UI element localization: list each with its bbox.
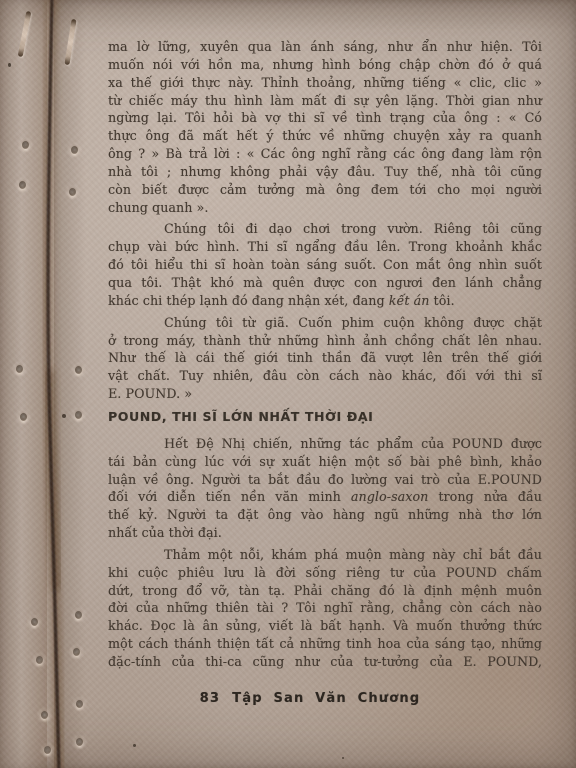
- stitch-hole: [71, 146, 78, 154]
- text-line: ngừng lại. Tôi hỏi bà vợ thi sĩ về tình …: [108, 109, 542, 127]
- stitch-hole: [22, 141, 29, 149]
- text-line: thế kỷ. Người ta đặt ông vào hàng ngũ nh…: [108, 506, 542, 524]
- text-line: chung quanh ».: [108, 199, 542, 217]
- text-line: qua tôi. Thật khó mà quên được con ngươi…: [108, 274, 542, 292]
- section-heading: POUND, THI SĨ LỚN NHẤT THỜI ĐẠI: [108, 408, 542, 426]
- text-line: thực ông đã mất hết ý thức về những chuy…: [108, 127, 542, 145]
- stitch-hole: [75, 611, 82, 619]
- stitch-hole: [36, 656, 43, 664]
- text-line: ông ? » Bà trả lời : « Các ông nghĩ rằng…: [108, 145, 542, 163]
- paper-speck: [342, 757, 344, 759]
- text-line: đời của những thiên tài ? Tôi nghĩ rằng,…: [108, 599, 542, 617]
- text-line: đặc-tính của thi-ca cũng như của tư-tưởn…: [108, 653, 542, 671]
- page-text: ma lờ lững, xuyên qua làn ánh sáng, như …: [108, 38, 542, 671]
- text-line: Như thế là cái thế giới tinh thần đã vượ…: [108, 349, 542, 367]
- text-line: một cách thánh thiện tất cả những tinh h…: [108, 635, 542, 653]
- journal-title: Tập San Văn Chương: [232, 691, 420, 706]
- text-line: muốn nói với hồn ma, nhưng hình bóng chậ…: [108, 56, 542, 74]
- page-footer: 83Tập San Văn Chương: [95, 691, 525, 706]
- text-line: chụp vài bức hình. Thi sĩ ngẩng đầu lên.…: [108, 238, 542, 256]
- text-line: dứt, trong đổ vỡ, tàn tạ. Phải chăng đó …: [108, 582, 542, 600]
- page-number: 83: [200, 691, 221, 706]
- paragraph: Chúng tôi đi dạo chơi trong vườn. Riêng …: [108, 220, 542, 309]
- text-line: khác. Đọc là ân sủng, viết là bất hạnh. …: [108, 617, 542, 635]
- stitch-hole: [73, 648, 80, 656]
- text-line: nhất của thời đại.: [108, 524, 542, 542]
- text-line: Chúng tôi từ giã. Cuốn phim cuộn không đ…: [108, 314, 542, 332]
- stitch-hole: [19, 181, 26, 189]
- text-line: Chúng tôi đi dạo chơi trong vườn. Riêng …: [108, 220, 542, 238]
- paragraph: Chúng tôi từ giã. Cuốn phim cuộn không đ…: [108, 314, 542, 403]
- paragraph: Thảm một nỗi, khám phá muộn màng này chỉ…: [108, 546, 542, 671]
- text-line: nhà tôi ; nhưng không phải vậy đâu. Tuy …: [108, 163, 542, 181]
- stitch-hole: [75, 411, 82, 419]
- stitch-hole: [41, 711, 48, 719]
- stitch-hole: [76, 700, 83, 708]
- paragraph: Hết Đệ Nhị chiến, những tác phẩm của POU…: [108, 435, 542, 542]
- text-line: vật chất. Tuy nhiên, đâu còn cách nào kh…: [108, 367, 542, 385]
- text-line: luận về ông. Người ta bắt đầu đo lường v…: [108, 471, 542, 489]
- text-line: đối với diễn tiến nền văn minh anglo-sax…: [108, 488, 542, 506]
- stitch-hole: [31, 618, 38, 626]
- paper-speck: [133, 744, 136, 747]
- text-line: E. POUND. »: [108, 385, 542, 403]
- stitch-hole: [20, 413, 27, 421]
- text-line: ma lờ lững, xuyên qua làn ánh sáng, như …: [108, 38, 542, 56]
- stitch-hole: [76, 738, 83, 746]
- text-line: đó tôi hiểu thi sĩ hoàn toàn sáng suốt. …: [108, 256, 542, 274]
- text-line: Hết Đệ Nhị chiến, những tác phẩm của POU…: [108, 435, 542, 453]
- stitch-hole: [44, 746, 51, 754]
- paragraph: ma lờ lững, xuyên qua làn ánh sáng, như …: [108, 38, 542, 216]
- paper-speck: [62, 414, 66, 418]
- stitch-hole: [69, 188, 76, 196]
- text-line: còn biết được cảm tưởng mà ông đem tới c…: [108, 181, 542, 199]
- text-line: khác chi thép lạnh đó đang nhận xét, đan…: [108, 292, 542, 310]
- text-line: xa thế giới thực này. Thỉnh thoảng, nhữn…: [108, 74, 542, 92]
- text-line: ở trong máy, thành thử những hình ảnh ch…: [108, 332, 542, 350]
- text-line: tái bản cùng lúc với sự xuất hiện một số…: [108, 453, 542, 471]
- text-line: khi cuộc phiêu lưu là đời sống riêng tư …: [108, 564, 542, 582]
- paper-speck: [8, 63, 11, 67]
- stitch-hole: [16, 365, 23, 373]
- text-line: từ chiếc máy thu hình làm mất đi sự yên …: [108, 92, 542, 110]
- text-line: Thảm một nỗi, khám phá muộn màng này chỉ…: [108, 546, 542, 564]
- book-page-photo: ma lờ lững, xuyên qua làn ánh sáng, như …: [0, 0, 576, 768]
- stitch-hole: [75, 366, 82, 374]
